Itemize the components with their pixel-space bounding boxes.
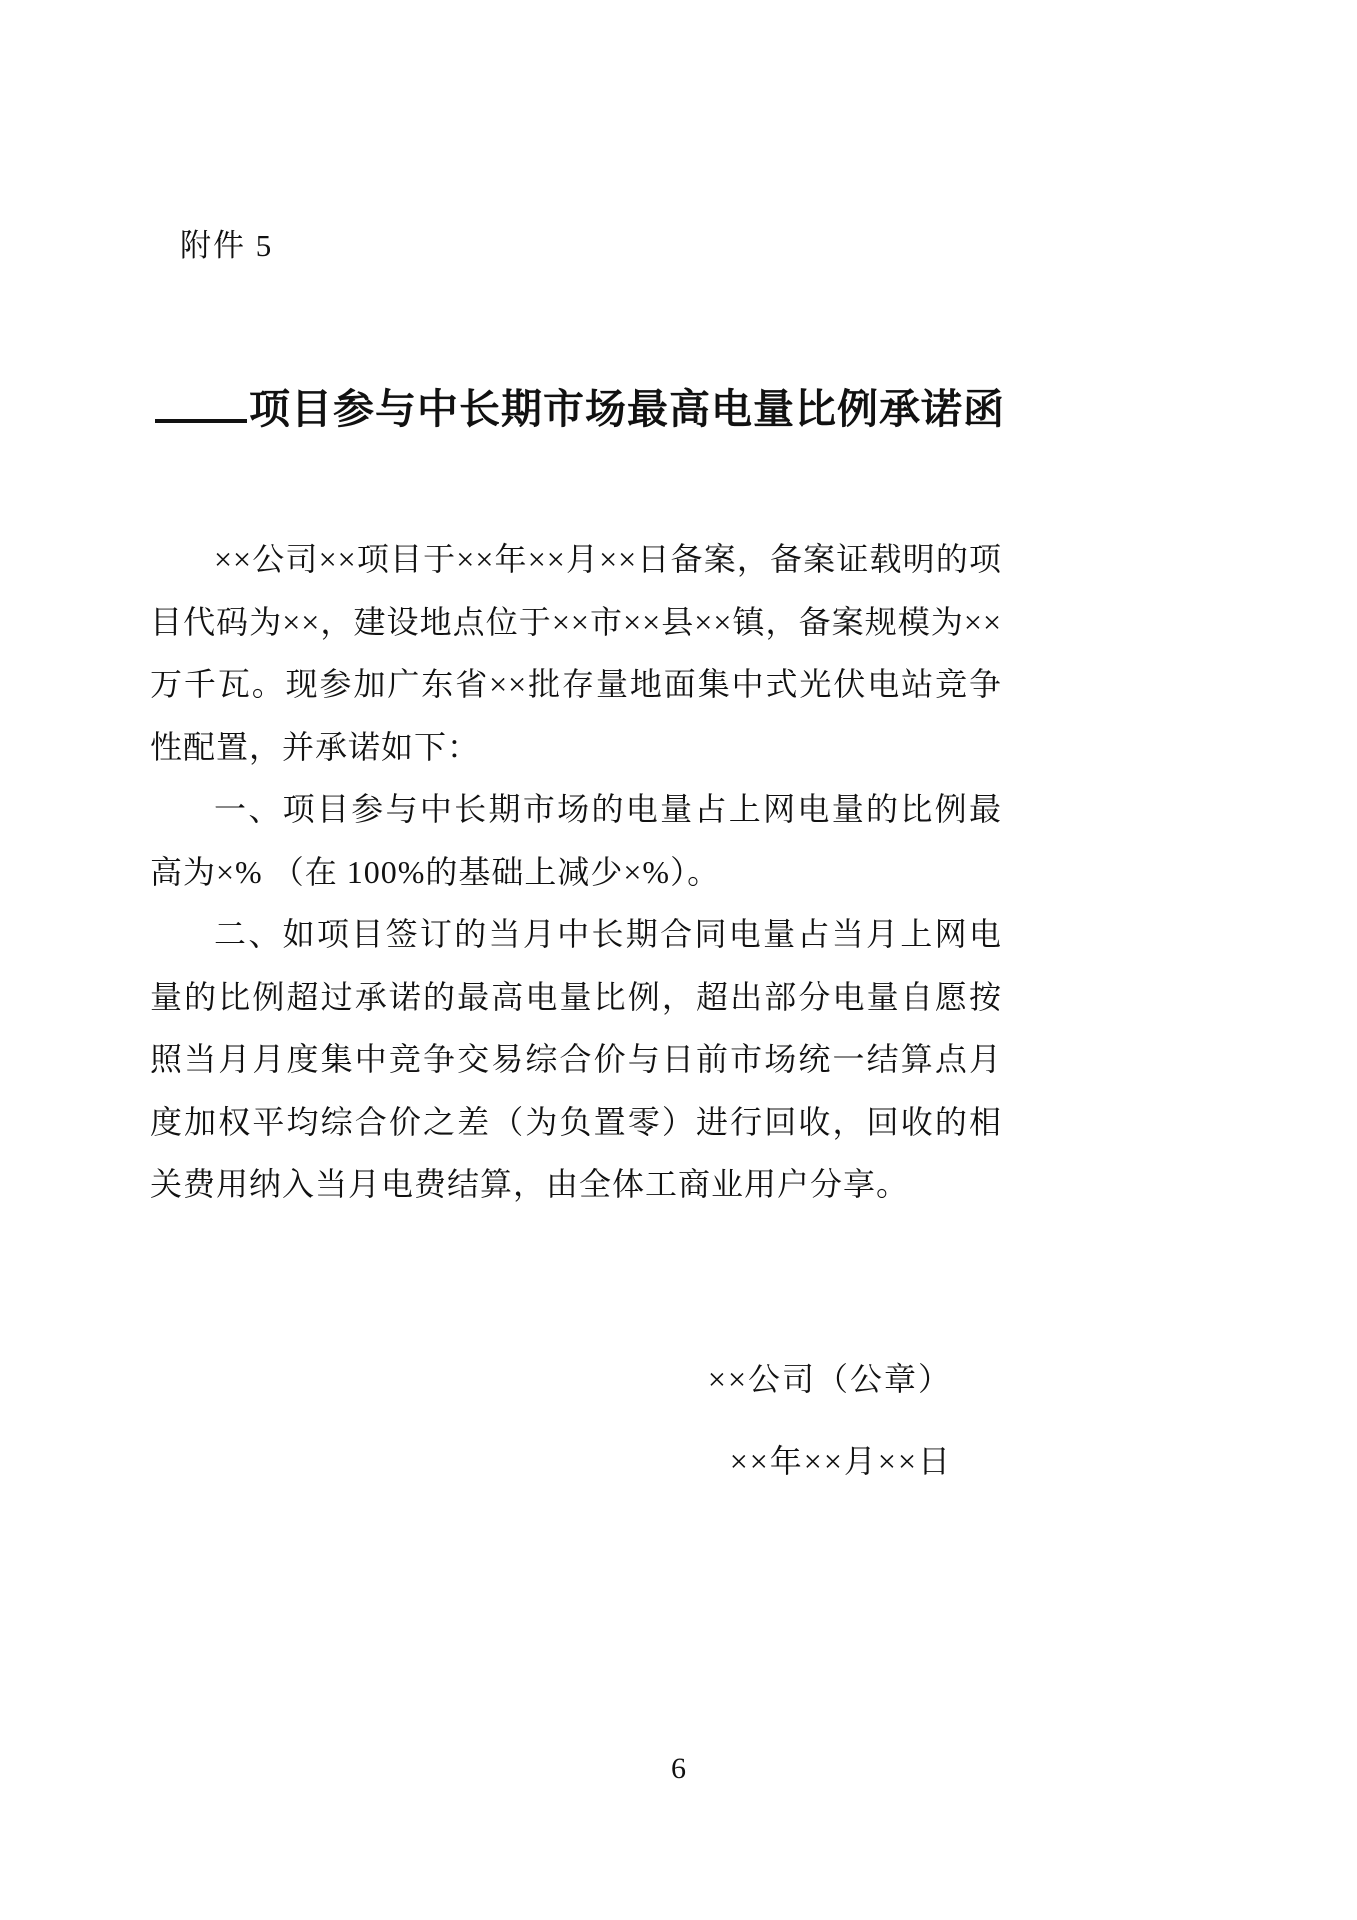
document-title: 项目参与中长期市场最高电量比例承诺函 <box>140 376 1020 435</box>
paragraph-clause-2: 二、如项目签订的当月中长期合同电量占当月上网电量的比例超过承诺的最高电量比例，超… <box>150 903 1002 1216</box>
paragraph-intro: ××公司××项目于××年××月××日备案，备案证载明的项目代码为××，建设地点位… <box>150 528 1002 778</box>
page-number: 6 <box>0 1752 1357 1786</box>
signature-company-line: ××公司（公章） <box>150 1338 952 1420</box>
title-fill-in-blank <box>155 378 247 423</box>
document-page: 附件 5 项目参与中长期市场最高电量比例承诺函 ××公司××项目于××年××月×… <box>0 0 1357 1920</box>
attachment-label: 附件 5 <box>180 220 273 265</box>
document-title-text: 项目参与中长期市场最高电量比例承诺函 <box>249 386 1005 432</box>
document-body: ××公司××项目于××年××月××日备案，备案证载明的项目代码为××，建设地点位… <box>150 528 1002 1216</box>
paragraph-clause-1: 一、项目参与中长期市场的电量占上网电量的比例最高为×% （在 100%的基础上减… <box>150 778 1002 903</box>
signature-block: ××公司（公章） ××年××月××日 <box>150 1338 952 1502</box>
signature-date-line: ××年××月××日 <box>150 1420 952 1502</box>
